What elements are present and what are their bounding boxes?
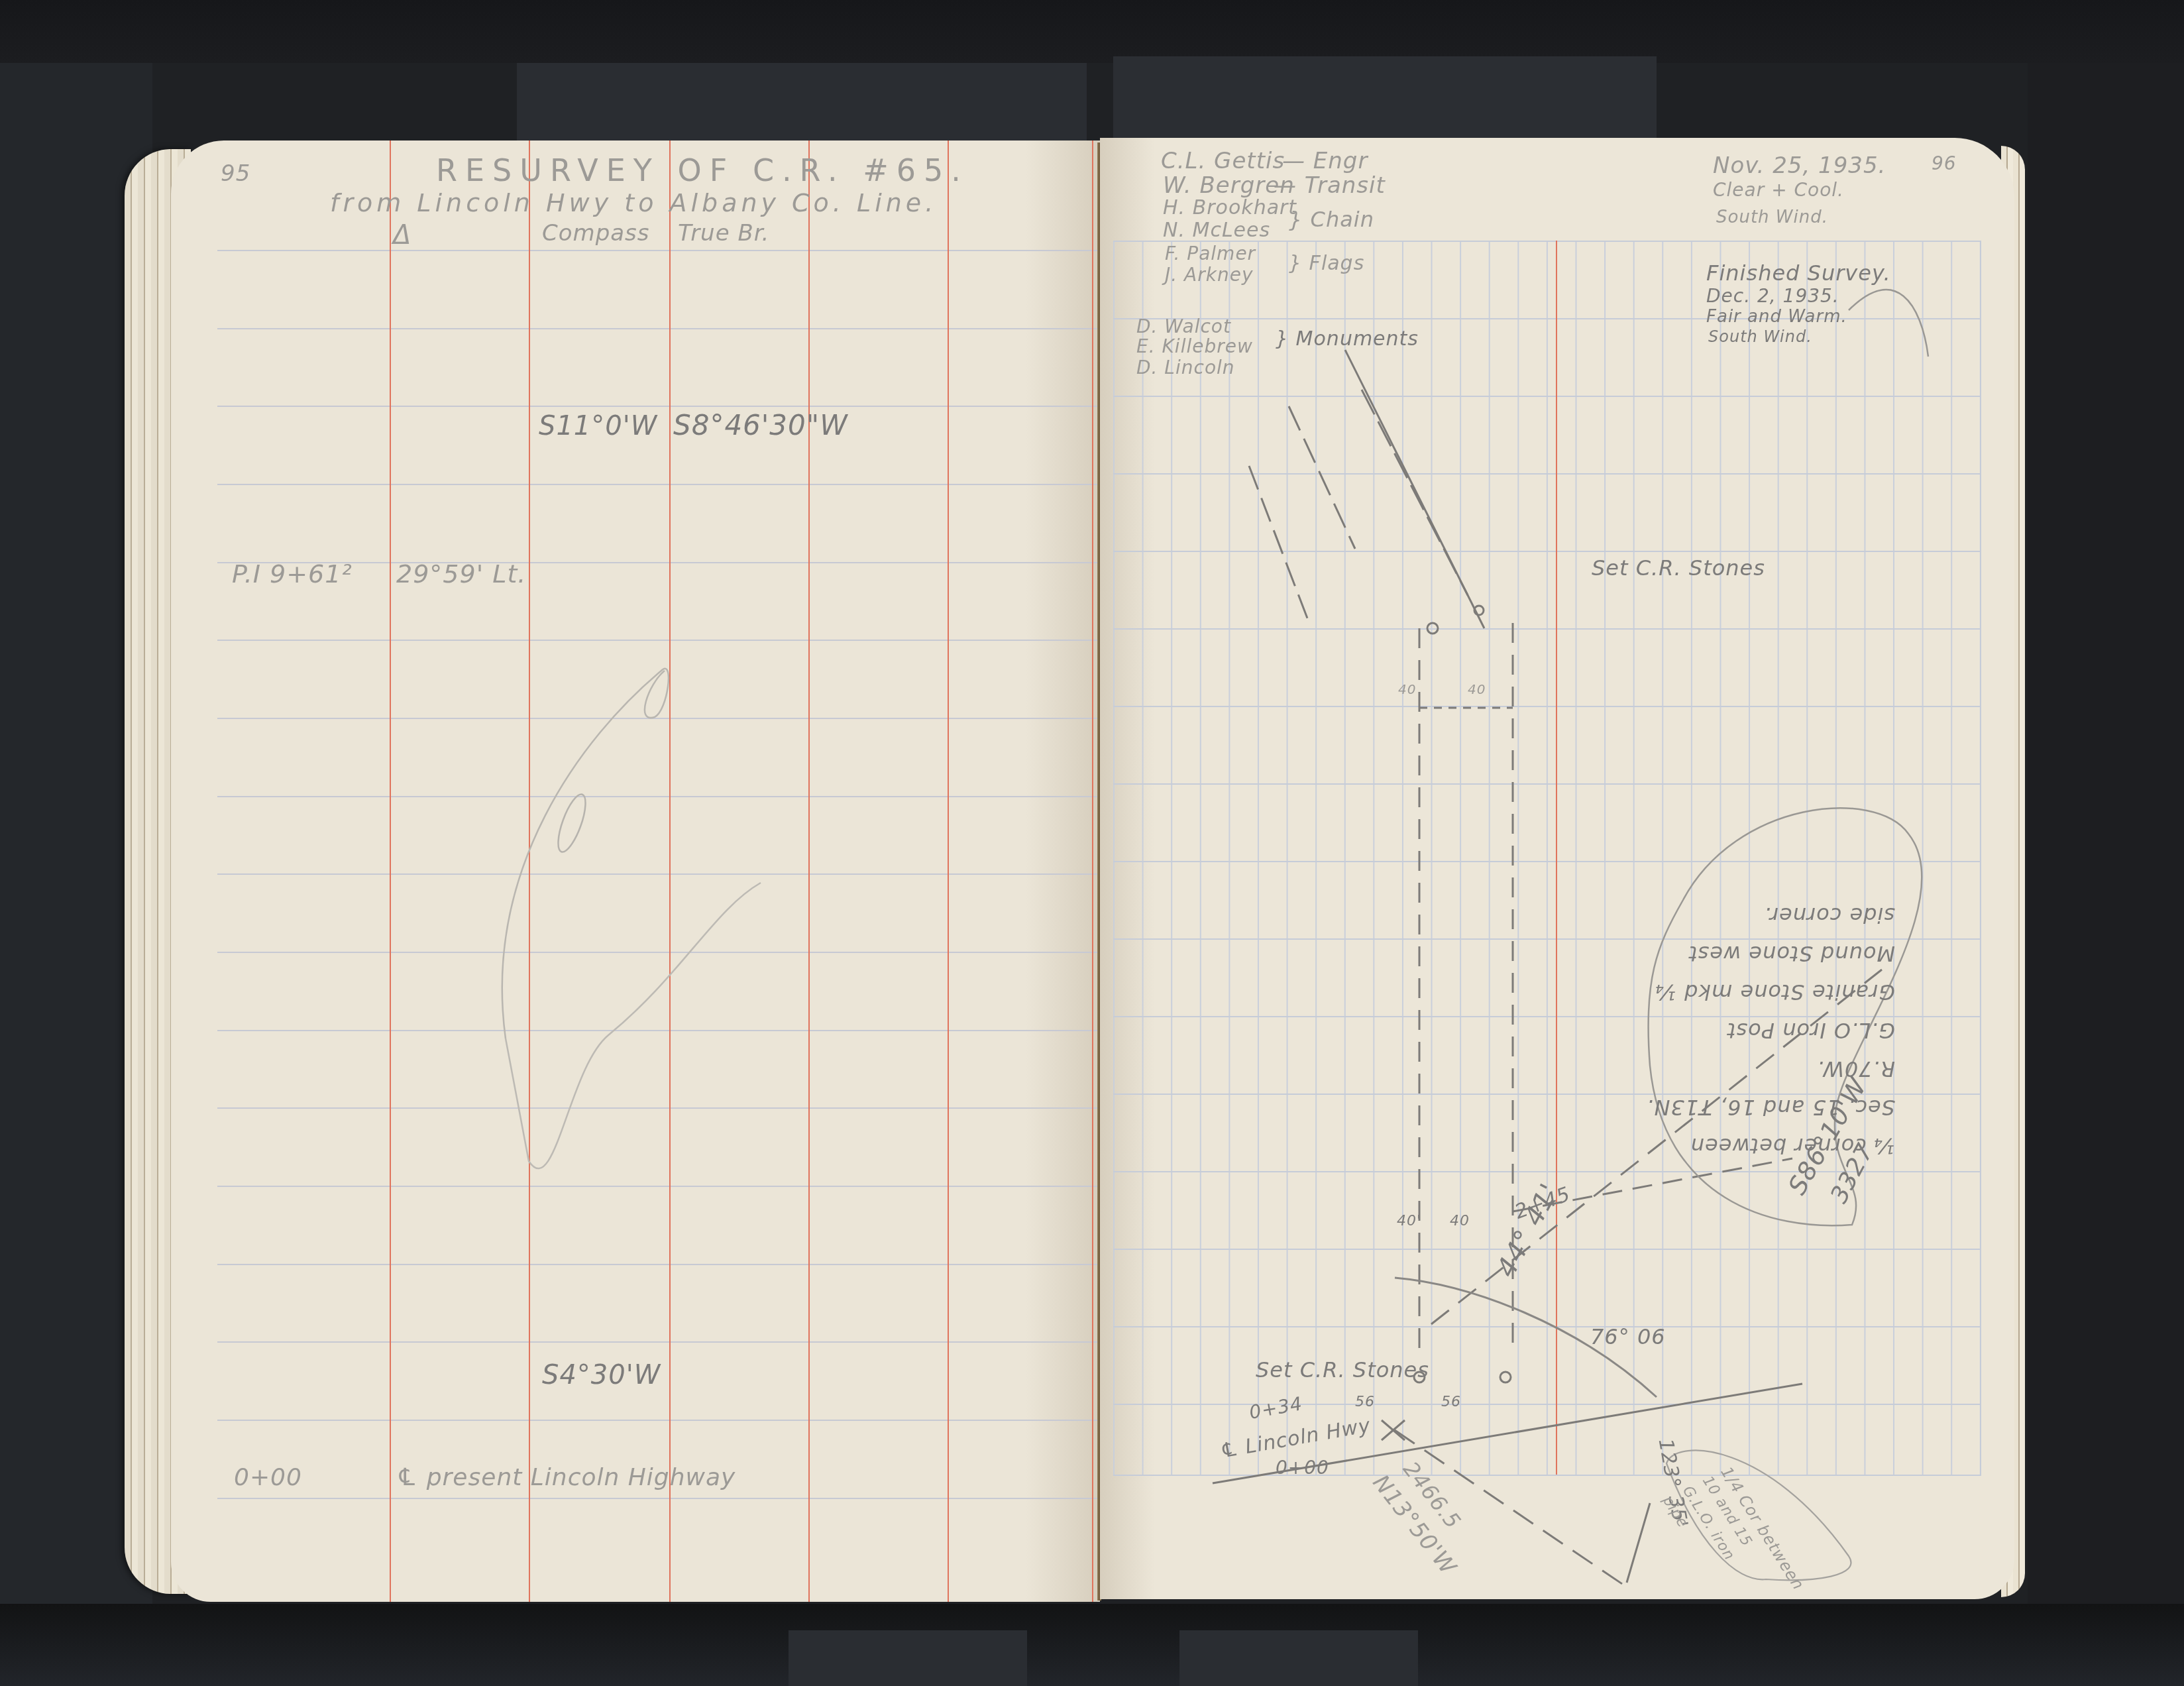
cradle-block-left: [789, 1630, 1027, 1686]
scanner-cradle-bottom: [0, 1604, 2184, 1686]
offset-40b: 40: [1450, 1213, 1470, 1229]
right-page: 96 C.L. Gettis — Engr W. Bergren — Trans…: [1100, 138, 2014, 1599]
note-line: side corner.: [1657, 896, 1895, 934]
note-line: Granite Stone mkd ¼: [1657, 973, 1895, 1011]
angle-76-06: 76° 06: [1590, 1324, 1666, 1349]
dim-40-right: 40: [1468, 681, 1486, 697]
cradle-clamp-right: [1113, 56, 1657, 142]
note-line: ¼ corner between: [1657, 1127, 1895, 1165]
dist-56b: 56: [1441, 1394, 1461, 1410]
background-right: [2028, 63, 2184, 1607]
offset-40a: 40': [1397, 1213, 1421, 1229]
note-line: R.70W.: [1657, 1050, 1895, 1088]
note-line: Sec. 15 and 16, T13N.: [1657, 1088, 1895, 1127]
left-page: 95 RESURVEY OF C.R. #65. from Lincoln Hw…: [171, 140, 1100, 1602]
station-0-00: 0+00: [1276, 1457, 1329, 1479]
note-line: G.L.O Iron Post: [1657, 1011, 1895, 1050]
note-line: Mound Stone west: [1657, 934, 1895, 973]
scanner-cradle-top: [0, 0, 2184, 63]
dist-56a: 56: [1355, 1394, 1375, 1410]
erased-sketch: [171, 140, 1100, 1602]
dim-40-left: 40: [1398, 681, 1416, 697]
set-stones-label-top: Set C.R. Stones: [1592, 555, 1765, 581]
survey-sketch: [1100, 138, 2014, 1599]
inverted-quarter-corner-note: ¼ corner between Sec. 15 and 16, T13N. R…: [1657, 887, 1895, 1165]
cradle-clamp-left: [517, 63, 1087, 142]
set-stones-label-bottom: Set C.R. Stones: [1256, 1357, 1429, 1382]
cradle-block-right: [1179, 1630, 1418, 1686]
